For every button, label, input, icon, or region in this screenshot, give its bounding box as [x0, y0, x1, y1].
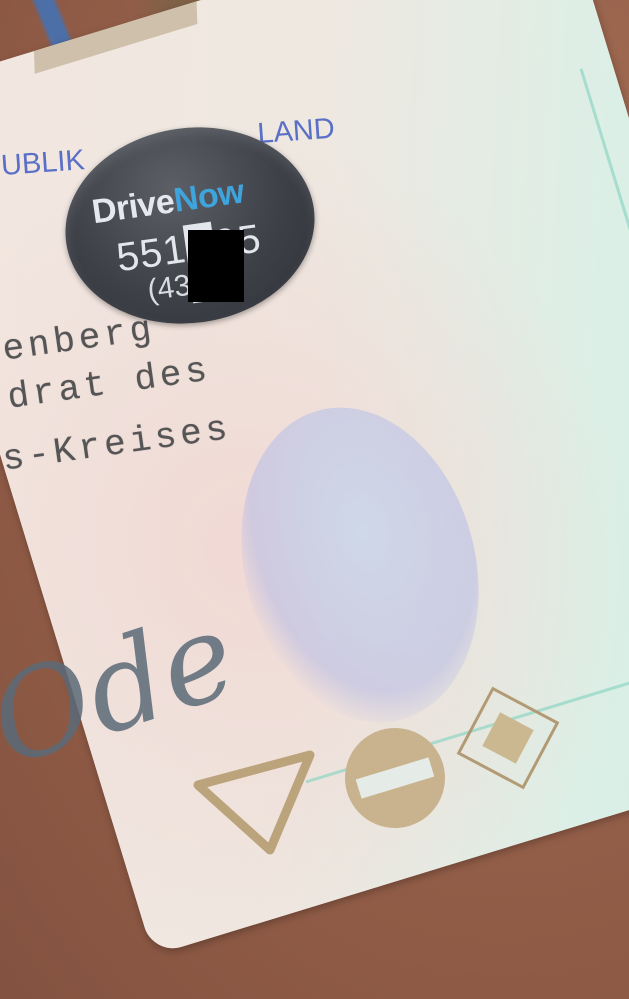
redaction-box	[188, 230, 244, 302]
brand-drive: Drive	[90, 182, 177, 231]
diamond-fill	[482, 712, 533, 763]
header-left-text: UBLIK	[0, 144, 86, 183]
yield-triangle-icon	[190, 745, 320, 855]
no-entry-bar	[356, 757, 435, 798]
brand-now: Now	[171, 172, 246, 219]
